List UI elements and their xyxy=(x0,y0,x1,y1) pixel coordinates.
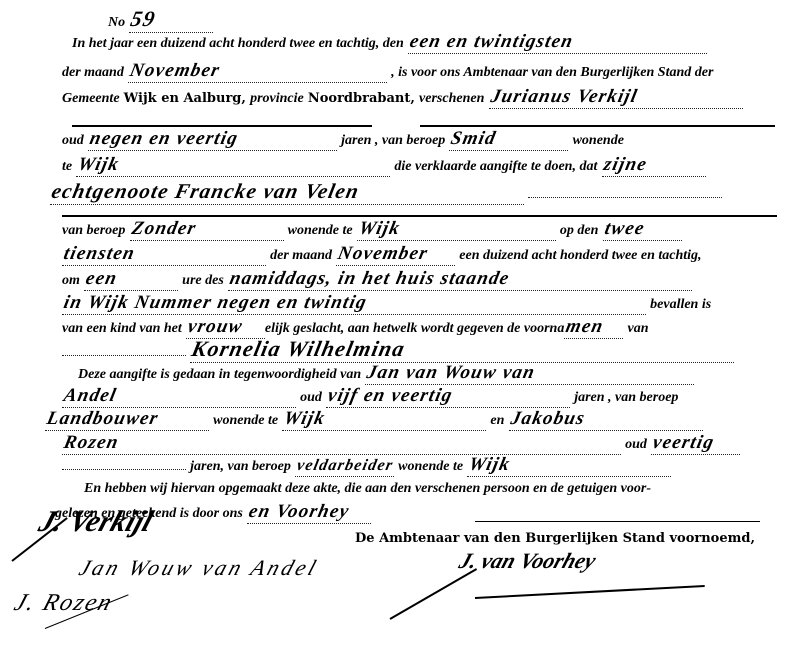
line-birth-time: om een ure des namiddags, in het huis st… xyxy=(62,270,692,291)
printed-text: jaren , van beroep xyxy=(574,390,678,405)
witness1-profession-field: Landbouwer xyxy=(45,410,209,431)
printed-text: jaren, van beroep xyxy=(190,459,291,474)
printed-text: van beroep xyxy=(62,223,125,238)
handwritten-residence: Wijk xyxy=(76,156,121,174)
age-field: negen en veertig xyxy=(88,130,337,151)
line-residence: te Wijk die verklaarde aangifte te doen,… xyxy=(62,156,706,177)
witness1-field: Jan van Wouw van xyxy=(365,364,694,385)
signature-underline xyxy=(475,585,705,599)
handwritten-gender: vrouw xyxy=(186,318,244,336)
child-name-field: Kornelia Wilhelmina xyxy=(190,340,734,363)
handwritten-child-name: Kornelia Wilhelmina xyxy=(190,340,407,358)
divider xyxy=(475,521,760,522)
printed-text: Gemeente xyxy=(62,91,120,106)
handwritten-age: negen en veertig xyxy=(88,130,240,148)
handwritten-witness2-profession: veldarbeider xyxy=(295,457,395,475)
hour-field: een xyxy=(84,270,178,291)
handwritten-mother-profession: Zonder xyxy=(130,220,198,238)
witness1-age-field: vijf en veertig xyxy=(326,387,570,408)
mother-field: echtgenoote Francke van Velen xyxy=(50,182,524,205)
line-age-profession: oud negen en veertig jaren , van beroep … xyxy=(62,130,624,151)
witness2-field: Jakobus xyxy=(509,410,703,431)
witness1-name-cont-field: Andel xyxy=(62,387,296,408)
handwritten-witness2-cont: Rozen xyxy=(62,434,120,452)
time-place-field: namiddags, in het huis staande xyxy=(228,270,692,291)
handwritten-profession: Smid xyxy=(450,130,499,148)
number-label: No xyxy=(108,15,125,30)
printed-text: der maand xyxy=(270,248,332,263)
printed-text: oud xyxy=(625,437,647,452)
month-field: November xyxy=(128,62,387,83)
handwritten-birth-day-cont: tiensten xyxy=(62,245,137,263)
handwritten-witness2-residence: Wijk xyxy=(467,456,512,474)
signature-registrar: J. van Voorhey xyxy=(456,548,600,574)
handwritten-witness1: Jan van Wouw van xyxy=(365,364,537,382)
handwritten-day: een en twintigsten xyxy=(408,33,575,51)
divider xyxy=(72,125,372,127)
line-mother: echtgenoote Francke van Velen xyxy=(50,182,722,205)
province-name: Noordbrabant, xyxy=(308,91,415,106)
printed-text: , is voor ons Ambtenaar van den Burgerli… xyxy=(391,65,713,80)
line-birth-month: tiensten der maand November een duizend … xyxy=(62,245,702,266)
handwritten-mother-residence: Wijk xyxy=(357,220,402,238)
handwritten-relation: zijne xyxy=(602,156,649,174)
handwritten-time-place: namiddags, in het huis staande xyxy=(228,270,511,288)
signature-flourish xyxy=(390,568,478,620)
line-witness2-age: Rozen oud veertig xyxy=(62,434,740,455)
witness2-profession-field: veldarbeider xyxy=(295,457,394,477)
printed-text: op den xyxy=(560,223,599,238)
printed-text: In het jaar een duizend acht honderd twe… xyxy=(72,36,404,51)
line-witnesses-intro: Deze aangifte is gedaan in tegenwoordigh… xyxy=(78,364,694,385)
handwritten-names-suffix: men xyxy=(564,318,605,336)
printed-text: wonende te xyxy=(288,223,353,238)
line-date-day: In het jaar een duizend acht honderd twe… xyxy=(72,33,707,54)
mother-profession-field: Zonder xyxy=(130,220,284,241)
witness1-residence-field: Wijk xyxy=(282,410,486,431)
printed-text: te xyxy=(62,159,72,174)
printed-text: En hebben wij hiervan opgemaakt deze akt… xyxy=(84,481,651,496)
printed-text: provincie xyxy=(250,91,304,106)
address-field: in Wijk Nummer negen en twintig xyxy=(62,294,646,315)
printed-text: die verklaarde aangifte te doen, dat xyxy=(394,159,597,174)
divider xyxy=(62,215,777,217)
handwritten-mother: echtgenoote Francke van Velen xyxy=(50,182,361,200)
printed-text: wonende xyxy=(573,133,624,148)
printed-text: van xyxy=(627,321,648,336)
witness2-age-field: veertig xyxy=(651,434,740,455)
birth-month-field: November xyxy=(336,245,455,266)
line-mother-profession: van beroep Zonder wonende te Wijk op den… xyxy=(62,220,682,241)
handwritten-witness1-profession: Landbouwer xyxy=(45,410,160,428)
mother-field-continued xyxy=(528,197,722,198)
line-witness1-age: Andel oud vijf en veertig jaren , van be… xyxy=(62,387,678,408)
handwritten-witness2: Jakobus xyxy=(509,410,587,428)
handwritten-witness1-age: vijf en veertig xyxy=(326,387,454,405)
municipality-name: Wijk en Aalburg, xyxy=(124,91,246,106)
printed-text: bevallen is xyxy=(650,297,711,312)
names-suffix-field: men xyxy=(564,318,623,339)
witness2-name-cont-field: Rozen xyxy=(62,434,621,455)
handwritten-signer: en Voorhey xyxy=(247,503,351,521)
signer-field: en Voorhey xyxy=(247,503,371,524)
registrar-heading-text: De Ambtenaar van den Burgerlijken Stand … xyxy=(355,531,755,546)
residence-field: Wijk xyxy=(76,156,390,177)
line-month: der maand November , is voor ons Ambtena… xyxy=(62,62,713,83)
signature-witness-1: Jan Wouw van Andel xyxy=(76,555,322,581)
number-value: 59 xyxy=(129,10,157,28)
line-municipality: Gemeente Wijk en Aalburg, provincie Noor… xyxy=(62,88,743,109)
handwritten-birth-month: November xyxy=(336,245,430,263)
handwritten-witness2-age: veertig xyxy=(651,434,716,452)
signature-declarant: J. Verkijl xyxy=(34,505,157,539)
profession-field: Smid xyxy=(449,130,568,151)
printed-text: elijk geslacht, aan hetwelk wordt gegeve… xyxy=(265,321,564,336)
certificate-number: No 59 xyxy=(108,10,213,33)
signature-witness-2: J. Rozen xyxy=(11,590,117,617)
handwritten-month: November xyxy=(128,62,222,80)
handwritten-birth-day: twee xyxy=(603,220,646,238)
handwritten-address: in Wijk Nummer negen en twintig xyxy=(62,294,369,312)
handwritten-declarant: Jurianus Verkijl xyxy=(489,88,639,106)
mother-residence-field: Wijk xyxy=(357,220,556,241)
handwritten-witness1-residence: Wijk xyxy=(282,410,327,428)
declarant-field: Jurianus Verkijl xyxy=(489,88,743,109)
printed-text: Deze aangifte is gedaan in tegenwoordigh… xyxy=(78,367,361,382)
registrar-heading: De Ambtenaar van den Burgerlijken Stand … xyxy=(355,530,755,548)
printed-text: verschenen xyxy=(419,91,484,106)
line-witness1-profession: Landbouwer wonende te Wijk en Jakobus xyxy=(45,410,703,431)
birth-day-field: twee xyxy=(603,220,682,241)
line-birth-address: in Wijk Nummer negen en twintig bevallen… xyxy=(62,294,711,315)
witness2-residence-field: Wijk xyxy=(467,456,671,477)
line-witness2-profession: jaren, van beroep veldarbeider wonende t… xyxy=(62,456,671,477)
line-child-name: Kornelia Wilhelmina xyxy=(62,340,734,363)
line-closing-1: En hebben wij hiervan opgemaakt deze akt… xyxy=(84,480,651,498)
printed-text: van een kind van het xyxy=(62,321,182,336)
printed-text: en xyxy=(490,413,504,428)
printed-text: jaren , van beroep xyxy=(341,133,445,148)
day-field: een en twintigsten xyxy=(408,33,707,54)
relation-field: zijne xyxy=(602,156,706,177)
divider xyxy=(420,125,775,127)
number-field: 59 xyxy=(129,10,213,33)
handwritten-witness1-cont: Andel xyxy=(62,387,118,405)
witness2-age-cont-field xyxy=(62,469,186,470)
child-name-lead xyxy=(62,355,186,356)
printed-text: wonende te xyxy=(398,459,463,474)
printed-text: oud xyxy=(62,133,84,148)
printed-text: der maand xyxy=(62,65,124,80)
printed-text: ure des xyxy=(182,273,224,288)
handwritten-hour: een xyxy=(84,270,119,288)
printed-text: een duizend acht honderd twee en tachtig… xyxy=(459,248,701,263)
birth-day-field-continued: tiensten xyxy=(62,245,266,266)
printed-text: wonende te xyxy=(213,413,278,428)
printed-text: oud xyxy=(300,390,322,405)
printed-text: om xyxy=(62,273,80,288)
